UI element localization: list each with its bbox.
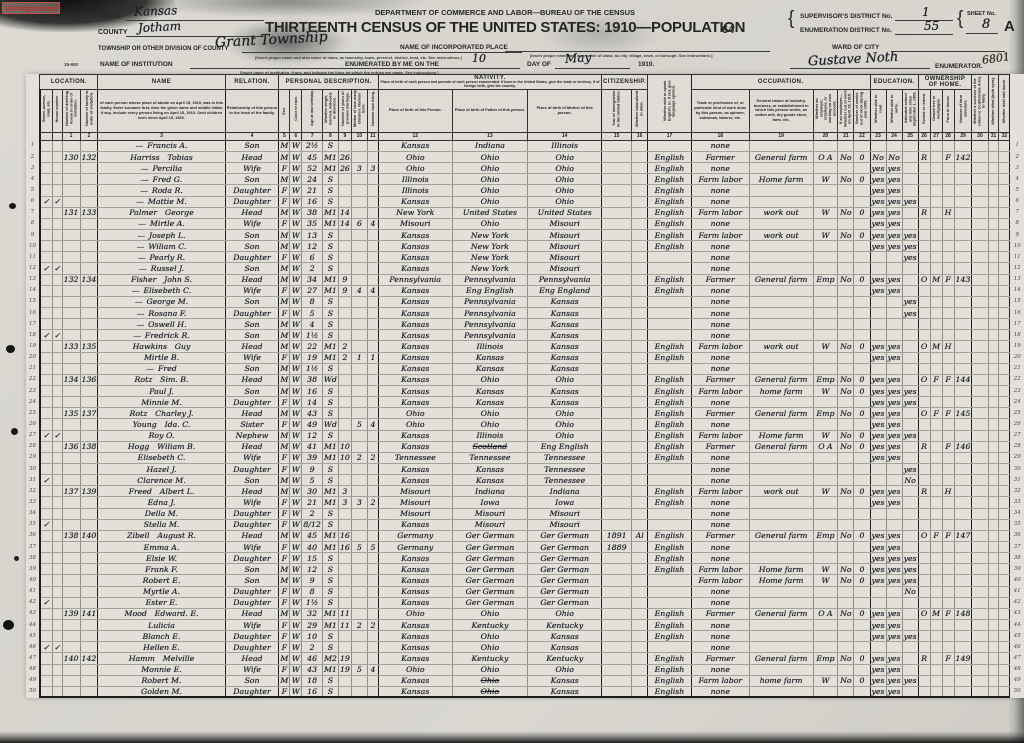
cell-vet [972,285,988,296]
colnum: 2 [80,132,98,140]
cell-bp: Germany [378,530,452,541]
cell-cr: W [290,586,302,597]
cell-fam: 142 [80,653,98,664]
cell-own [918,497,930,508]
cell-rd [870,363,886,374]
cell-age: 21 [302,497,323,508]
cell-imm [602,296,632,307]
census-row: 46✓✓Hellen E.DaughterFW2SKansasOhioKansa… [26,642,1024,653]
cell-ind [749,631,813,642]
cell-fh [942,631,954,642]
census-row: 38Elsie W.DaughterFW15SKansasGer GermanG… [26,553,1024,564]
cell-rd: yes [870,163,886,174]
cell-ym [338,185,351,196]
cell-nat [632,163,648,174]
cell-imm [602,452,632,463]
cell-fm [930,230,942,241]
cell-cl: 2 [367,452,378,463]
cell-fm [930,508,942,519]
cell-df [999,675,1010,686]
cell-s2 [52,608,62,619]
cell-bpm: Illinois [528,140,602,151]
cell-mar: M1 [322,163,338,174]
cell-s1 [40,374,52,385]
cell-fm: F [930,408,942,419]
cell-name: — Francis A. [98,140,225,151]
cell-bp: Ohio [378,608,452,619]
cell-rel: Son [225,263,279,274]
cell-fm: F [930,374,942,385]
cell-df [999,152,1010,163]
cell-ind [749,619,813,630]
group-personal: PERSONAL DESCRIPTION. [279,75,379,90]
enumeration-line [895,23,953,35]
cell-bp: Illinois [378,185,452,196]
cell-wk [854,597,870,608]
cell-age: 19 [302,352,323,363]
census-row: 6✓✓— Mattie M.DaughterFW16SKansasOhioOhi… [26,196,1024,207]
cell-ind [749,140,813,151]
cell-ind [749,308,813,319]
cell-bpm: Misouri [528,519,602,530]
cell-sch: yes [902,631,918,642]
cell-own [918,430,930,441]
cell-fm [930,553,942,564]
cell-bp: Kansas [378,296,452,307]
cell-nat [632,319,648,330]
cell-bl [988,296,999,307]
cell-ow [838,196,854,207]
cell-s1 [40,185,52,196]
cell-bp: Kansas [378,140,452,151]
cell-bpf: Eng English [452,285,528,296]
cell-ind: Home farm [749,564,813,575]
cell-ym [338,597,351,608]
cell-rel: Head [225,441,279,452]
cell-cr: W [290,564,302,575]
cell-ow: No [838,386,854,397]
cell-ym [338,408,351,419]
cell-cb [351,631,367,642]
cell-cb [351,152,367,163]
cell-df [999,241,1010,252]
cell-cb [351,642,367,653]
cell-cr: W [290,196,302,207]
cell-ind [749,452,813,463]
cell-age: 8/12 [302,519,323,530]
census-row: 26Young Ida. C.SisterFW49Wd54OhioOhioOhi… [26,419,1024,430]
cell-imm [602,553,632,564]
colhead-fh: Farm or house. [942,89,954,132]
line-number: 47 [1010,653,1024,664]
line-number: 1 [1010,140,1024,151]
cell-wk [854,686,870,697]
cell-dw [62,675,80,686]
cell-vet [972,374,988,385]
cell-bpm: Ohio [528,196,602,207]
cell-ind [749,508,813,519]
colnum: 15 [602,132,632,140]
cell-ind [749,330,813,341]
cell-emp [813,218,838,229]
cell-ind [749,664,813,675]
cell-nat [632,686,648,697]
cell-eng [648,308,692,319]
cell-rel: Wife [225,285,279,296]
line-number: 11 [26,252,40,263]
cell-df [999,207,1010,218]
cell-ow: No [838,408,854,419]
cell-wk [854,631,870,642]
cell-eng [648,586,692,597]
scan-edge [0,731,1024,743]
cell-bl [988,631,999,642]
cell-df [999,230,1010,241]
cell-name: Frank F. [98,564,225,575]
cell-name: — George M. [98,296,225,307]
cell-sched: 144 [954,374,972,385]
cell-wk [854,397,870,408]
cell-bpf: Ohio [452,152,528,163]
cell-cr: W [290,642,302,653]
cell-fam [80,631,98,642]
cell-sex: F [279,686,290,697]
cell-mar: S [322,363,338,374]
cell-rd: yes [870,274,886,285]
cell-s1: ✓ [40,196,52,207]
cell-age: 35 [302,218,323,229]
cell-fam [80,397,98,408]
cell-own [918,664,930,675]
cell-rd: yes [870,408,886,419]
cell-vet [972,475,988,486]
cell-cr: W [290,218,302,229]
colhead-rd: Whether able to read. [870,89,886,132]
cell-nat [632,352,648,363]
cell-ind: General farm [749,274,813,285]
cell-trade: none [691,586,749,597]
cell-fm [930,308,942,319]
cell-dw [62,452,80,463]
census-row: 17— Oswell H.SonMW4SKansasPennsylvaniaKa… [26,319,1024,330]
cell-sex: M [279,341,290,352]
cell-ow: No [838,486,854,497]
cell-bl [988,675,999,686]
line-number: 45 [1010,631,1024,642]
cell-age: 45 [302,530,323,541]
cell-own: O [918,530,930,541]
cell-sch: yes [902,575,918,586]
cell-ind [749,397,813,408]
cell-eng [648,263,692,274]
cell-ind [749,296,813,307]
cell-rd [870,319,886,330]
cell-fam: 141 [80,608,98,619]
cell-df [999,508,1010,519]
colnum: 27 [930,132,942,140]
cell-eng [648,575,692,586]
cell-trade: none [691,597,749,608]
cell-sex: F [279,285,290,296]
cell-age: 29 [302,619,323,630]
cell-s1: ✓ [40,330,52,341]
cell-bpf: Ger German [452,553,528,564]
cell-age: 16 [302,196,323,207]
cell-nat [632,463,648,474]
cell-s2 [52,163,62,174]
cell-emp [813,619,838,630]
cell-ow: No [838,230,854,241]
cell-nat [632,241,648,252]
cell-ind: General farm [749,653,813,664]
cell-cb [351,463,367,474]
cell-age: 2 [302,263,323,274]
line-number: 2 [1010,152,1024,163]
cell-bpm: Pennsylvania [528,274,602,285]
cell-fam [80,296,98,307]
cell-bpm: Kansas [528,675,602,686]
cell-df [999,463,1010,474]
cell-bl [988,341,999,352]
cell-ind: General farm [749,608,813,619]
cell-nat [632,608,648,619]
cell-wr: yes [886,675,902,686]
cell-own [918,642,930,653]
colnum: 12 [378,132,452,140]
line-number: 20 [1010,352,1024,363]
line-number: 43 [26,608,40,619]
cell-rel: Daughter [225,586,279,597]
cell-bpf: Pennsylvania [452,319,528,330]
cell-dw: 133 [62,341,80,352]
cell-bp: Kansas [378,686,452,697]
cell-cr: W [290,631,302,642]
cell-cb [351,553,367,564]
cell-sch: yes [902,230,918,241]
cell-s1: ✓ [40,642,52,653]
line-number: 40 [1010,575,1024,586]
cell-name: Hellen E. [98,642,225,653]
cell-wk [854,185,870,196]
cell-sched [954,207,972,218]
cell-s2 [52,296,62,307]
line-number: 34 [1010,508,1024,519]
cell-bl [988,263,999,274]
cell-sex: F [279,463,290,474]
cell-s1 [40,530,52,541]
cell-sched [954,230,972,241]
cell-sex: F [279,196,290,207]
cell-sex: F [279,597,290,608]
cell-wr [886,263,902,274]
cell-cb [351,575,367,586]
cell-bpf: Ohio [452,419,528,430]
cell-wk [854,541,870,552]
cell-bpf: Illinois [452,341,528,352]
cell-fh [942,241,954,252]
cell-bpm: Kansas [528,642,602,653]
cell-ym: 2 [338,341,351,352]
cell-age: 9 [302,463,323,474]
cell-df [999,252,1010,263]
cell-wk [854,218,870,229]
line-number: 12 [1010,263,1024,274]
cell-rel: Daughter [225,185,279,196]
cell-nat [632,631,648,642]
cell-wr: yes [886,430,902,441]
cell-df [999,586,1010,597]
stamp-number: 6801 [981,50,1011,67]
cell-s2 [52,519,62,530]
line-number: 15 [26,296,40,307]
cell-bpm: Kentucky [528,619,602,630]
colnum: 5 [279,132,290,140]
cell-s2 [52,152,62,163]
cell-emp [813,597,838,608]
cell-df [999,352,1010,363]
cell-cb [351,508,367,519]
cell-own [918,564,930,575]
cell-nat [632,363,648,374]
line-number: 17 [1010,319,1024,330]
cell-cl [367,230,378,241]
cell-cb [351,686,367,697]
cell-ow: No [838,675,854,686]
cell-s1 [40,619,52,630]
cell-mar: M1 [322,619,338,630]
cell-trade: none [691,296,749,307]
cell-df [999,263,1010,274]
cell-nat [632,140,648,151]
cell-s2 [52,486,62,497]
cell-fam: 133 [80,207,98,218]
cell-bl [988,642,999,653]
cell-name: Paul J. [98,386,225,397]
cell-emp: W [813,341,838,352]
cell-sched [954,675,972,686]
cell-sex: M [279,530,290,541]
cell-cb: 5 [351,664,367,675]
cell-cl [367,675,378,686]
cell-bpf: Kansas [452,386,528,397]
cell-fm [930,363,942,374]
cell-dw [62,430,80,441]
cell-ow: No [838,441,854,452]
cell-fh [942,619,954,630]
cell-cb [351,475,367,486]
cell-emp: Emp [813,530,838,541]
cell-fam: 138 [80,441,98,452]
cell-sched [954,519,972,530]
cell-own: O [918,374,930,385]
cell-ym: 26 [338,163,351,174]
cell-fh [942,196,954,207]
cell-wr: yes [886,352,902,363]
census-row: 42✓Ester E.DaughterFW1½SKansasGer German… [26,597,1024,608]
cell-cr: W [290,530,302,541]
cell-imm [602,218,632,229]
cell-s1 [40,152,52,163]
cell-rel: Daughter [225,397,279,408]
cell-rel: Wife [225,541,279,552]
colnum [40,132,52,140]
cell-wk [854,296,870,307]
cell-name: — Fredrick R. [98,330,225,341]
cell-bp: Kansas [378,386,452,397]
cell-wr: yes [886,419,902,430]
cell-imm [602,386,632,397]
cell-sch [902,263,918,274]
cell-eng: English [648,452,692,463]
cell-mar: S [322,140,338,151]
cell-sex: M [279,430,290,441]
line-number: 11 [1010,252,1024,263]
cell-cl [367,564,378,575]
cell-vet [972,363,988,374]
cell-rd [870,508,886,519]
cell-own [918,241,930,252]
cell-ind [749,686,813,697]
colhead-mar: Whether single, married, widowed, or div… [322,89,338,132]
cell-vet [972,675,988,686]
cell-sched [954,397,972,408]
line-number: 41 [26,586,40,597]
cell-cr: W [290,553,302,564]
colhead-dw: Number of dwelling house in order of vis… [62,89,80,132]
cell-vet [972,586,988,597]
cell-sched [954,463,972,474]
cell-bpf: Tennessee [452,452,528,463]
cell-bpm: Kansas [528,386,602,397]
cell-s1 [40,653,52,664]
cell-rd [870,140,886,151]
cell-wk [854,553,870,564]
cell-eng [648,475,692,486]
enumeration-label: ENUMERATION DISTRICT No. [800,27,892,34]
cell-bl [988,497,999,508]
cell-s1 [40,341,52,352]
cell-fam [80,553,98,564]
cell-bl [988,475,999,486]
cell-cb [351,486,367,497]
cell-nat [632,207,648,218]
cell-bpm: Ger German [528,564,602,575]
cell-rd: yes [870,619,886,630]
cell-age: 5 [302,308,323,319]
cell-fam [80,586,98,597]
cell-ym [338,363,351,374]
cell-sched [954,352,972,363]
cell-df [999,441,1010,452]
cell-sch [902,163,918,174]
cell-wr: yes [886,174,902,185]
cell-ind [749,185,813,196]
cell-eng: English [648,408,692,419]
cell-vet [972,463,988,474]
cell-cb [351,207,367,218]
cell-rel: Head [225,486,279,497]
cell-s2 [52,174,62,185]
cell-bl [988,619,999,630]
cell-age: 34 [302,274,323,285]
unregistered-watermark: Unregistered [2,2,60,14]
cell-sched [954,486,972,497]
cell-wr: yes [886,530,902,541]
cell-dw [62,285,80,296]
line-number: 34 [26,508,40,519]
cell-wr: yes [886,441,902,452]
cell-rel: Daughter [225,463,279,474]
